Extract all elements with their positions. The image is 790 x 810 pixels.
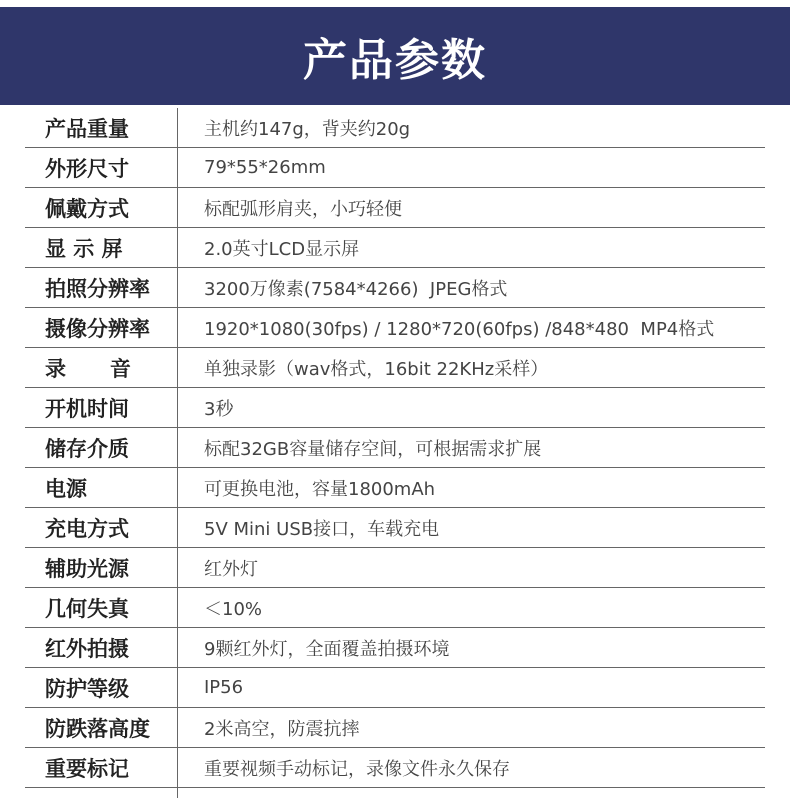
- spec-value: 标配弧形肩夹，小巧轻便: [177, 188, 402, 227]
- spec-table: 产品重量主机约147g，背夹约20g 外形尺寸79*55*26mm 佩戴方式标配…: [25, 108, 765, 788]
- spec-label: 防跌落高度: [25, 708, 177, 747]
- header-banner: 产品参数: [0, 7, 790, 105]
- spec-label: 拍照分辨率: [25, 268, 177, 307]
- table-row: 防护等级IP56: [25, 668, 765, 708]
- spec-label: 显 示 屏: [25, 228, 177, 267]
- table-row: 储存介质标配32GB容量储存空间，可根据需求扩展: [25, 428, 765, 468]
- spec-value: 重要视频手动标记，录像文件永久保存: [177, 748, 510, 787]
- spec-label: 重要标记: [25, 748, 177, 787]
- table-row: 开机时间3秒: [25, 388, 765, 428]
- table-row: 几何失真＜10%: [25, 588, 765, 628]
- spec-label: 开机时间: [25, 388, 177, 427]
- spec-value: IP56: [177, 668, 243, 707]
- table-row: 外形尺寸79*55*26mm: [25, 148, 765, 188]
- spec-value: 3200万像素(7584*4266) JPEG格式: [177, 268, 507, 307]
- table-row: 产品重量主机约147g，背夹约20g: [25, 108, 765, 148]
- spec-label: 电源: [25, 468, 177, 507]
- spec-value: 3秒: [177, 388, 233, 427]
- spec-label: 外形尺寸: [25, 148, 177, 187]
- spec-value: 标配32GB容量储存空间，可根据需求扩展: [177, 428, 541, 467]
- table-row: 重要标记重要视频手动标记，录像文件永久保存: [25, 748, 765, 788]
- spec-label: 录 音: [25, 348, 177, 387]
- spec-label: 储存介质: [25, 428, 177, 467]
- spec-value: 红外灯: [177, 548, 258, 587]
- spec-label: 充电方式: [25, 508, 177, 547]
- spec-label: 辅助光源: [25, 548, 177, 587]
- table-row: 电源可更换电池，容量1800mAh: [25, 468, 765, 508]
- spec-label: 摄像分辨率: [25, 308, 177, 347]
- table-row: 防跌落高度2米高空，防震抗摔: [25, 708, 765, 748]
- spec-value: 9颗红外灯，全面覆盖拍摄环境: [177, 628, 449, 667]
- spec-value: 2米高空，防震抗摔: [177, 708, 359, 747]
- spec-value: 79*55*26mm: [177, 148, 326, 187]
- spec-value: 可更换电池，容量1800mAh: [177, 468, 435, 507]
- spec-label: 佩戴方式: [25, 188, 177, 227]
- spec-label: 红外拍摄: [25, 628, 177, 667]
- spec-label: 防护等级: [25, 668, 177, 707]
- table-row: 录 音单独录影（wav格式，16bit 22KHz采样）: [25, 348, 765, 388]
- table-row: 佩戴方式标配弧形肩夹，小巧轻便: [25, 188, 765, 228]
- table-row: 拍照分辨率3200万像素(7584*4266) JPEG格式: [25, 268, 765, 308]
- spec-value: 主机约147g，背夹约20g: [177, 108, 410, 147]
- table-row: 辅助光源红外灯: [25, 548, 765, 588]
- page-title: 产品参数: [303, 24, 487, 88]
- spec-label: 几何失真: [25, 588, 177, 627]
- spec-value: 单独录影（wav格式，16bit 22KHz采样）: [177, 348, 548, 387]
- table-row: 摄像分辨率1920*1080(30fps) / 1280*720(60fps) …: [25, 308, 765, 348]
- table-row: 显 示 屏2.0英寸LCD显示屏: [25, 228, 765, 268]
- spec-value: 5V Mini USB接口，车载充电: [177, 508, 439, 547]
- spec-value: ＜10%: [177, 588, 262, 627]
- spec-value: 2.0英寸LCD显示屏: [177, 228, 359, 267]
- spec-value: 1920*1080(30fps) / 1280*720(60fps) /848*…: [177, 308, 714, 347]
- table-row: 充电方式5V Mini USB接口，车载充电: [25, 508, 765, 548]
- spec-label: 产品重量: [25, 108, 177, 147]
- table-row: 红外拍摄9颗红外灯，全面覆盖拍摄环境: [25, 628, 765, 668]
